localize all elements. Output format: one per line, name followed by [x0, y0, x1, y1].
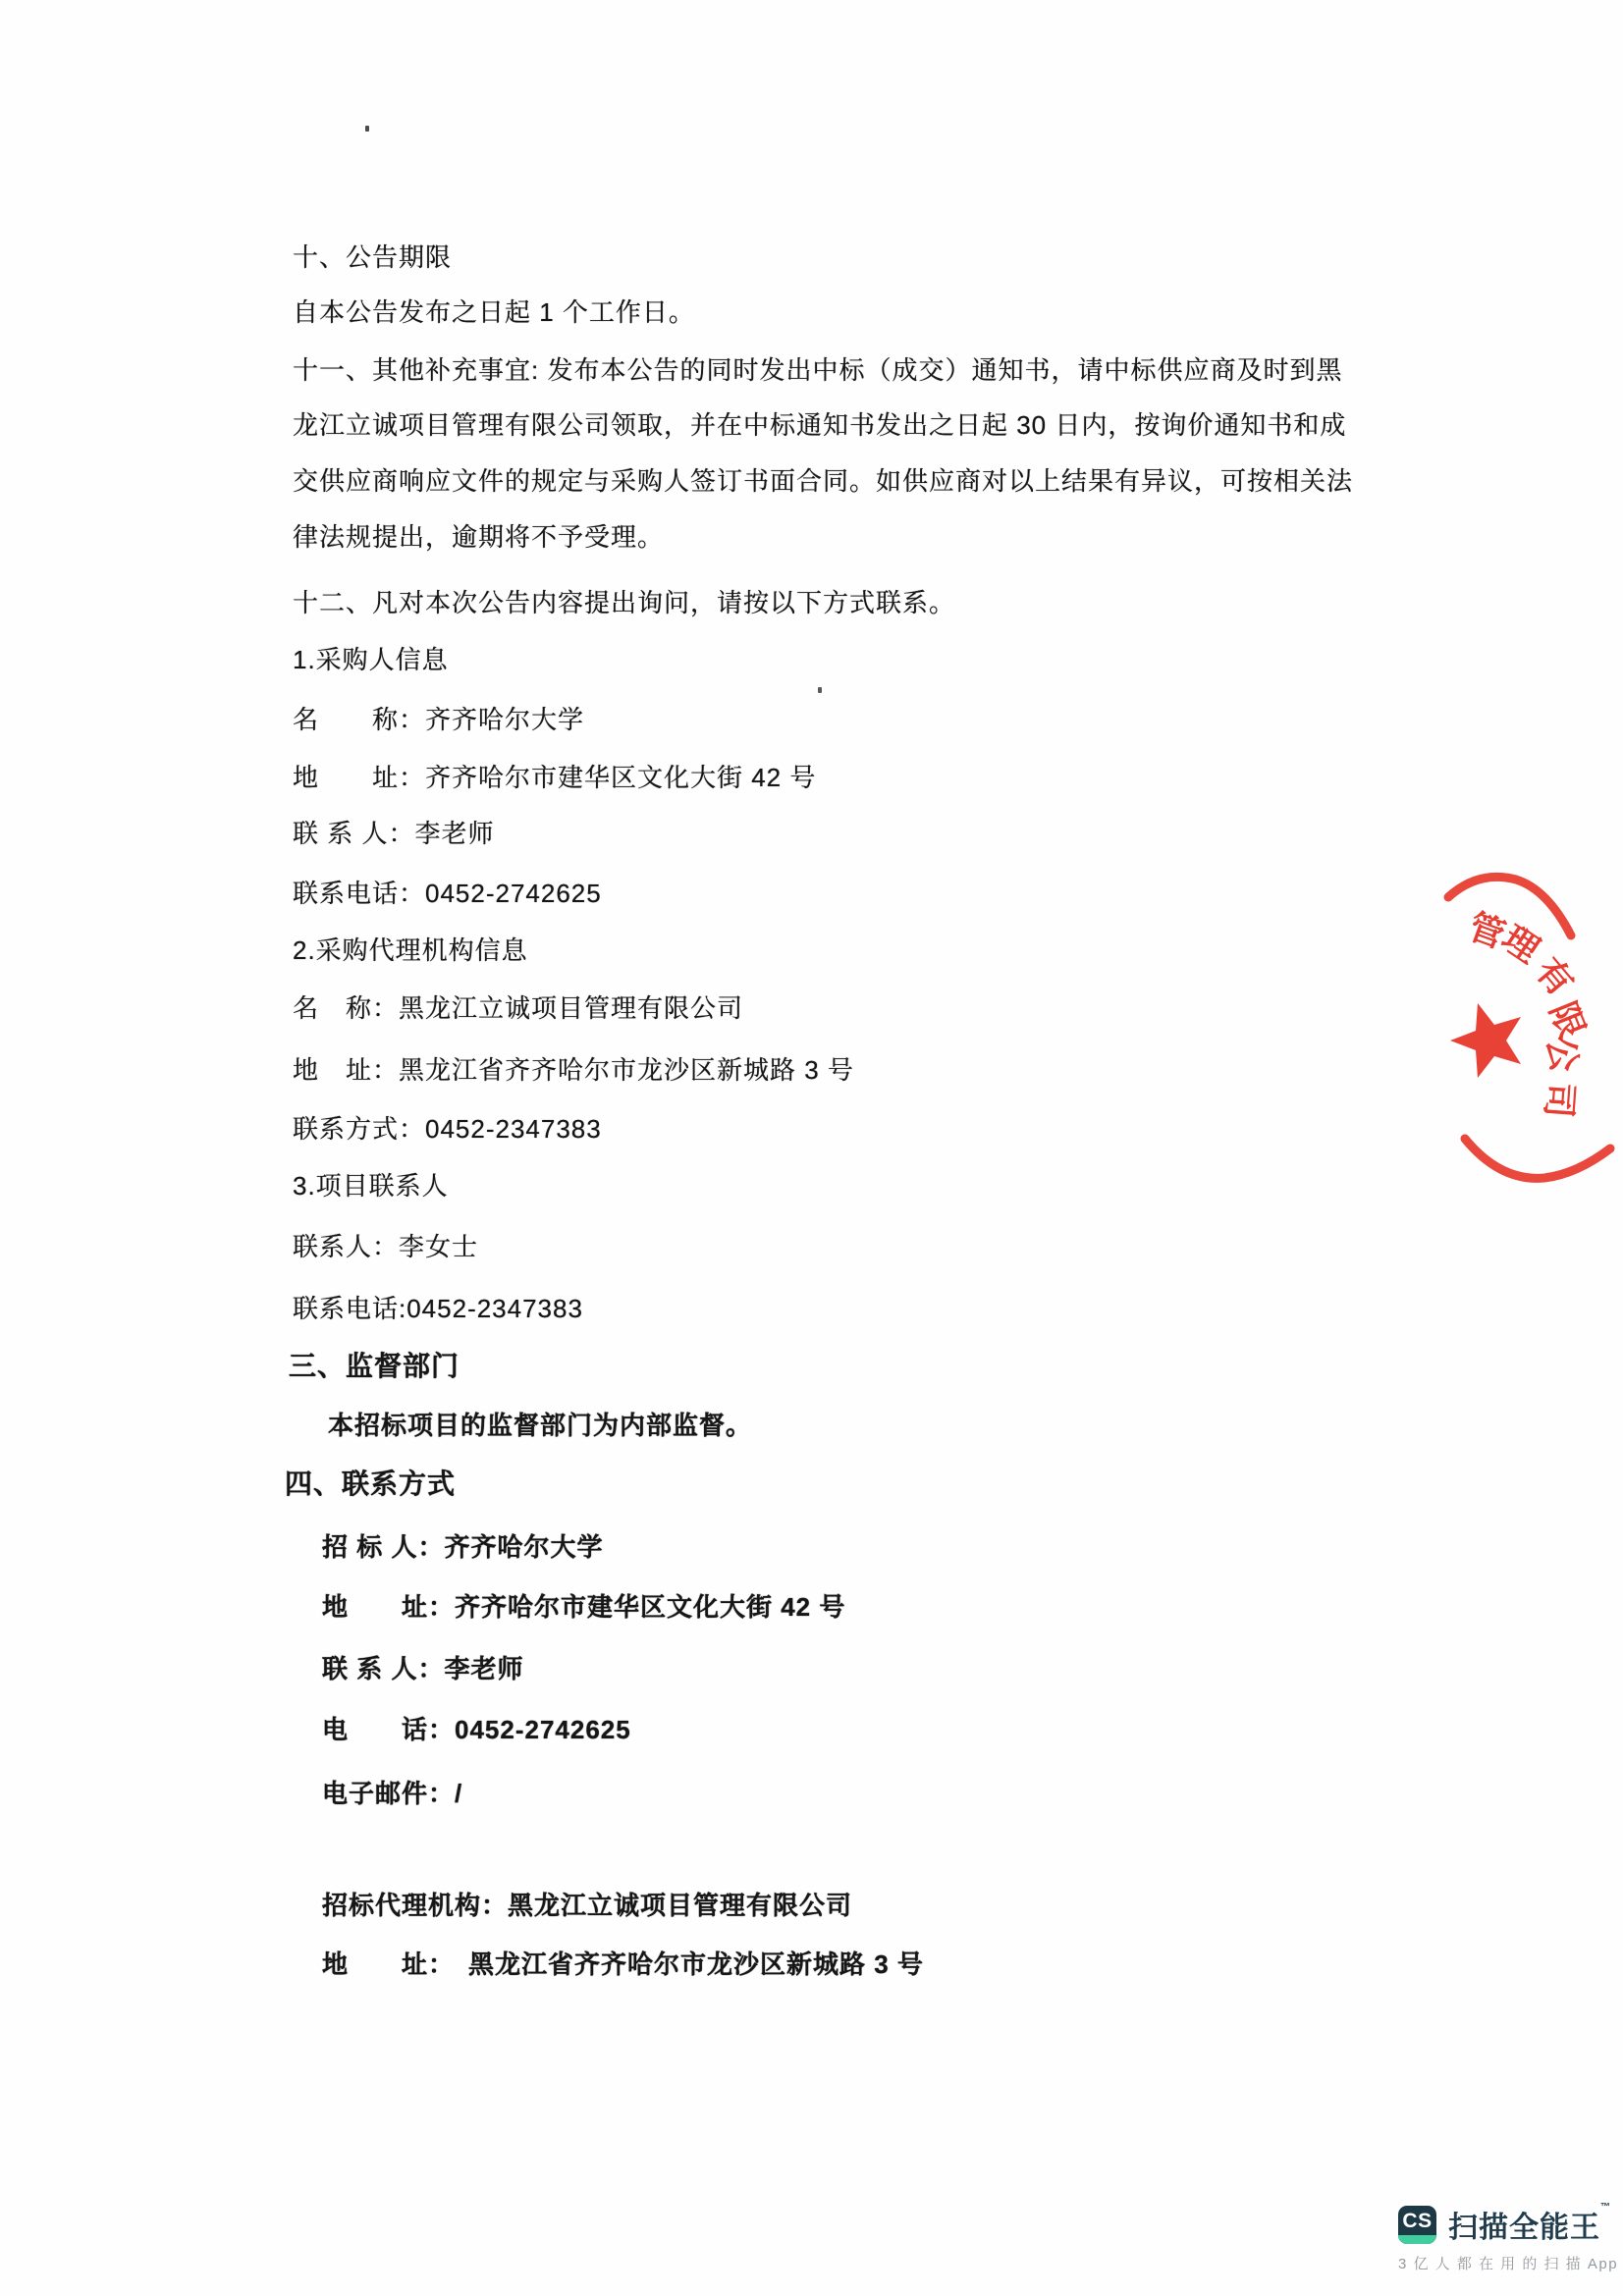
purchaser-name: 名 称：齐齐哈尔大学 [293, 690, 584, 749]
agency-name: 名 称：黑龙江立诚项目管理有限公司 [293, 979, 743, 1038]
company-seal-stamp: 管 理 有 限 公 司 [1422, 832, 1623, 1250]
camscanner-logo-initials: CS [1398, 2206, 1436, 2236]
tender-agency-name: 招标代理机构：黑龙江立诚项目管理有限公司 [322, 1876, 852, 1935]
doc-line: 律法规提出，逾期将不予受理。 [293, 507, 664, 566]
stamp-char: 公 [1540, 1034, 1585, 1075]
agency-phone: 联系方式：0452-2347383 [293, 1099, 602, 1158]
stamp-char: 司 [1539, 1081, 1580, 1119]
trademark-symbol: ™ [1600, 2202, 1611, 2213]
camscanner-watermark: CS 扫描全能王™ 3 亿 人 都 在 用 的 扫 描 App [1398, 2203, 1604, 2273]
tender-agency-address: 地 址： 黑龙江省齐齐哈尔市龙沙区新城路 3 号 [322, 1935, 924, 1994]
section-heading-10-announcement-period: 十、公告期限 [293, 228, 452, 287]
section-heading-12-inquiries: 十二、凡对本次公告内容提出询问，请按以下方式联系。 [293, 573, 955, 632]
purchaser-phone: 联系电话：0452-2742625 [293, 864, 602, 923]
stamp-char: 有 [1528, 951, 1581, 1003]
stamp-bottom-arc [1465, 1139, 1610, 1178]
section-heading-4-contact: 四、联系方式 [285, 1455, 456, 1514]
tenderee-contact-person: 联 系 人：李老师 [322, 1639, 523, 1698]
project-contact-phone: 联系电话:0452-2347383 [293, 1279, 583, 1338]
doc-line: 龙江立诚项目管理有限公司领取，并在中标通知书发出之日起 30 日内，按询价通知书… [293, 396, 1346, 454]
camscanner-logo-green-bar [1398, 2235, 1436, 2244]
tenderee-address: 地 址：齐齐哈尔市建华区文化大街 42 号 [322, 1577, 845, 1636]
tenderee-phone: 电 话：0452-2742625 [322, 1700, 631, 1759]
project-contact-person: 联系人：李女士 [293, 1217, 478, 1276]
tenderee-name: 招 标 人：齐齐哈尔大学 [322, 1518, 603, 1576]
camscanner-brand-name: 扫描全能王™ [1448, 2203, 1611, 2246]
purchaser-address: 地 址：齐齐哈尔市建华区文化大街 42 号 [293, 748, 816, 807]
stamp-star [1450, 1003, 1521, 1078]
stamp-top-arc [1448, 877, 1571, 935]
agency-info-heading: 2.采购代理机构信息 [293, 921, 528, 980]
purchaser-contact-person: 联 系 人：李老师 [293, 804, 494, 863]
doc-line: 自本公告发布之日起 1 个工作日。 [293, 283, 695, 342]
section-heading-3-supervision: 三、监督部门 [289, 1337, 460, 1396]
agency-address: 地 址：黑龙江省齐齐哈尔市龙沙区新城路 3 号 [293, 1041, 854, 1099]
scan-speck [365, 126, 369, 132]
tenderee-email: 电子邮件：/ [322, 1764, 462, 1823]
project-contact-heading: 3.项目联系人 [293, 1156, 449, 1215]
scanned-document-page: 十、公告期限 自本公告发布之日起 1 个工作日。 十一、其他补充事宜: 发布本公… [0, 0, 1623, 2296]
purchaser-info-heading: 1.采购人信息 [293, 630, 449, 689]
scan-speck [818, 687, 822, 693]
doc-line: 交供应商响应文件的规定与采购人签订书面合同。如供应商对以上结果有异议，可按相关法 [293, 452, 1353, 510]
section-heading-11-supplementary: 十一、其他补充事宜: 发布本公告的同时发出中标（成交）通知书，请中标供应商及时到… [293, 341, 1342, 400]
camscanner-logo-icon: CS [1398, 2206, 1436, 2244]
camscanner-tagline: 3 亿 人 都 在 用 的 扫 描 App [1398, 2253, 1604, 2273]
supervision-text: 本招标项目的监督部门为内部监督。 [328, 1396, 752, 1455]
